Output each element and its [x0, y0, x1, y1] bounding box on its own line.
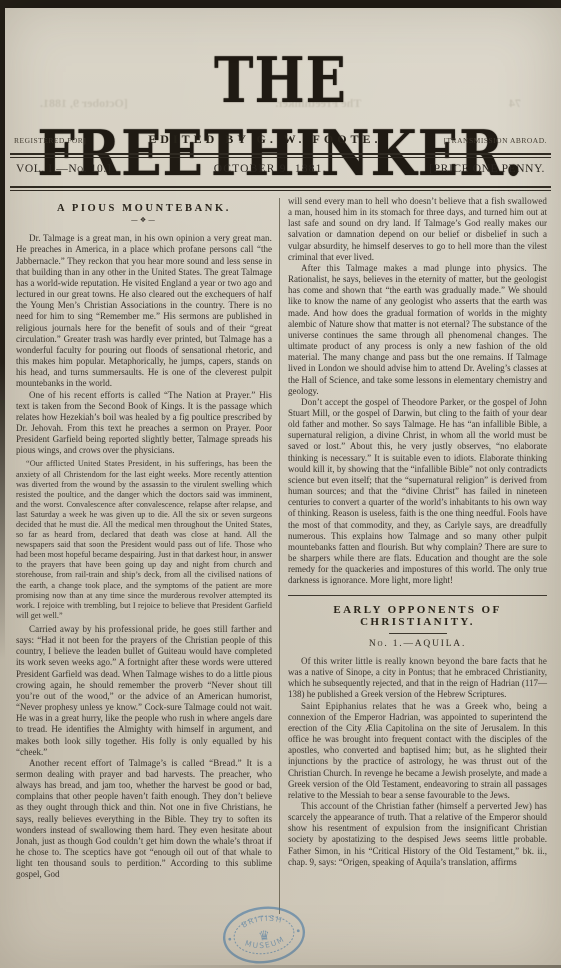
article1-blockquote: “Our afflicted United States President, …	[16, 459, 272, 621]
paragraph: One of his recent efforts is called “The…	[16, 390, 272, 457]
article1-body-top: Dr. Talmage is a great man, in his own o…	[16, 233, 272, 456]
dateline-rule	[10, 186, 551, 191]
article2-title-rule	[389, 633, 447, 634]
dateline: VOL. I.—No. 10.] OCTOBER 9, 1881. [PRICE…	[0, 163, 561, 175]
masthead-editline: REGISTERED FOR] EDITED BY G. W. FOOTE. […	[0, 132, 561, 147]
paragraph: Saint Epiphanius relates that he was a G…	[288, 701, 547, 801]
article-separator-rule	[288, 595, 547, 596]
registered-note: REGISTERED FOR]	[14, 136, 86, 145]
article2-header: EARLY OPPONENTS OF CHRISTIANITY. No. 1.—…	[288, 605, 547, 649]
stamp-label-top: BRITISH	[239, 911, 285, 930]
paragraph: will send every man to hell who doesn’t …	[288, 196, 547, 263]
paragraph: Don’t accept the gospel of Theodore Park…	[288, 397, 547, 587]
column-divider	[279, 198, 280, 914]
ornament-icon: —❖—	[16, 215, 272, 226]
scan-edge-top	[0, 0, 561, 8]
article2-title: EARLY OPPONENTS OF CHRISTIANITY.	[288, 605, 547, 627]
article1-title: A PIOUS MOUNTEBANK.	[16, 203, 272, 214]
volume-number: VOL. I.—No. 10.]	[16, 163, 111, 175]
svg-text:BRITISH: BRITISH	[239, 911, 285, 930]
issue-date: OCTOBER 9, 1881.	[214, 163, 327, 175]
paragraph: Carried away by his professional pride, …	[16, 624, 272, 758]
newspaper-page: { "page": { "ghost": { "left": "74", "ce…	[0, 0, 561, 968]
paragraph: This account of the Christian father (hi…	[288, 801, 547, 868]
transmission-note: [TRANSMISSION ABROAD.	[444, 136, 547, 145]
article2-subtitle: No. 1.—AQUILA.	[288, 639, 547, 650]
masthead-rule	[10, 153, 551, 158]
edited-by: EDITED BY G. W. FOOTE.	[148, 132, 381, 147]
paragraph: Dr. Talmage is a great man, in his own o…	[16, 233, 272, 389]
paragraph: “Our afflicted United States President, …	[16, 459, 272, 621]
price: [PRICE ONE PENNY.	[429, 163, 545, 175]
paragraph: Another recent effort of Talmage’s is ca…	[16, 758, 272, 881]
article1-continuation: will send every man to hell who doesn’t …	[288, 196, 547, 586]
right-column: will send every man to hell who doesn’t …	[288, 196, 547, 868]
article1-body-bottom: Carried away by his professional pride, …	[16, 624, 272, 881]
stamp-crown-icon: ♛	[257, 928, 270, 944]
paragraph: Of this writer little is really known be…	[288, 656, 547, 701]
article2-body: Of this writer little is really known be…	[288, 656, 547, 868]
paragraph: After this Talmage makes a mad plunge in…	[288, 263, 547, 397]
british-museum-stamp: BRITISH MUSEUM ♛	[218, 899, 311, 968]
left-column: A PIOUS MOUNTEBANK. —❖— Dr. Talmage is a…	[16, 201, 272, 881]
